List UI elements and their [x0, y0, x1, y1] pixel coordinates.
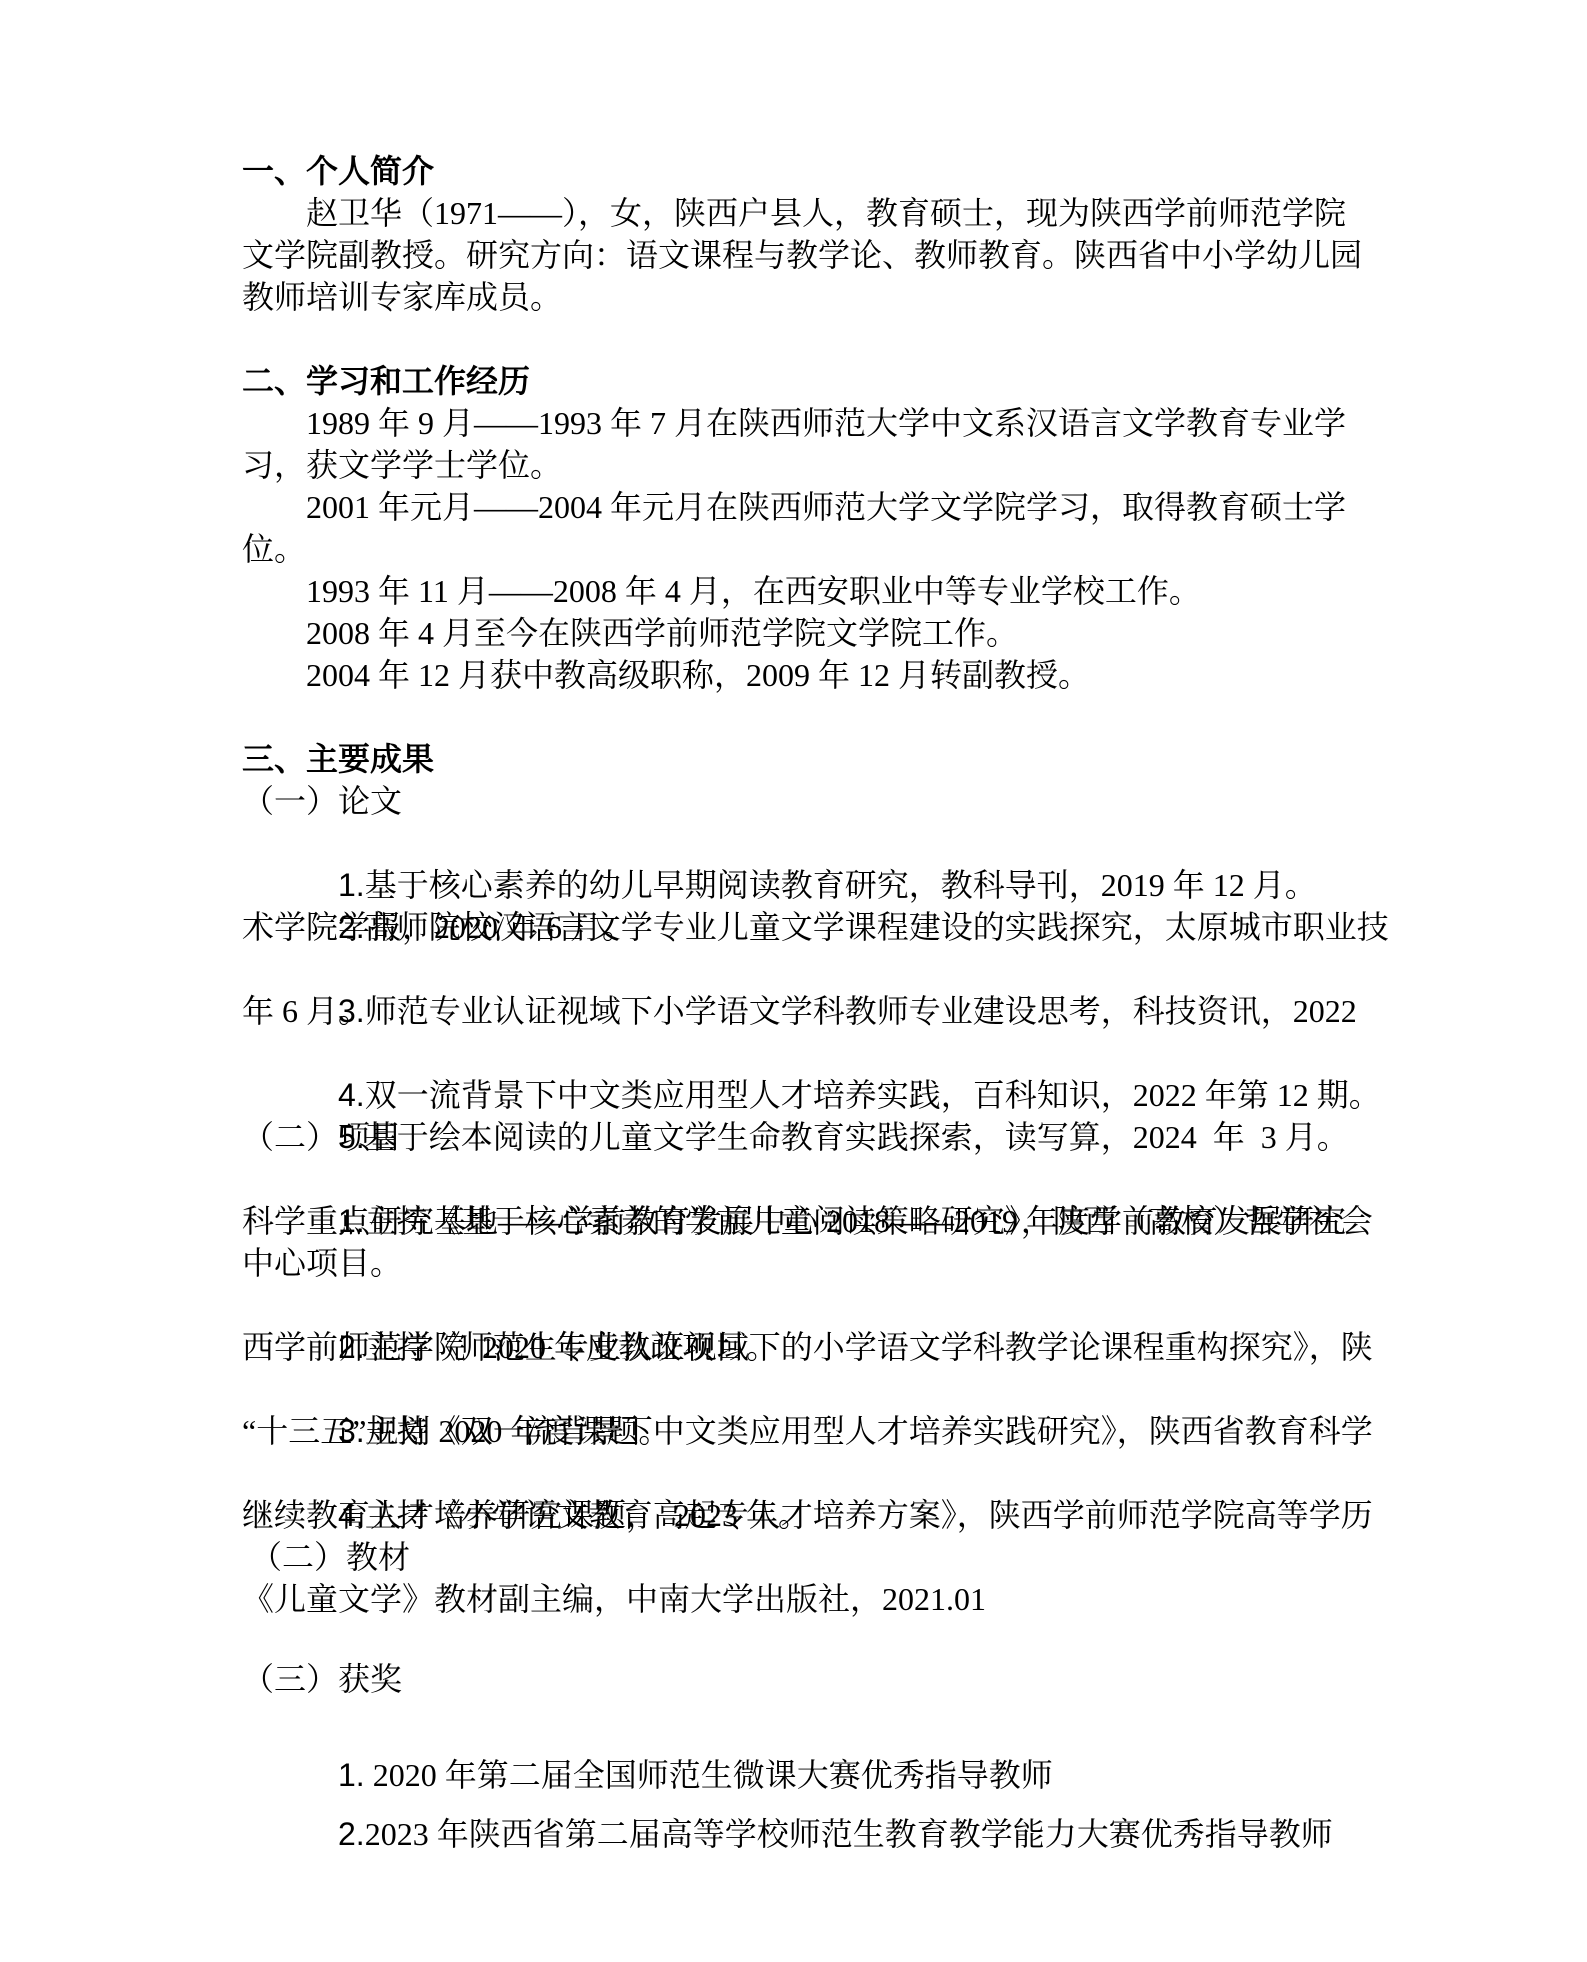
paper-item-line: 1.基于核心素养的幼儿早期阅读教育研究，教科导刊，2019 年 12 月。 — [242, 822, 1345, 864]
item-text: 2020 年第二届全国师范生微课大赛优秀指导教师 — [365, 1757, 1053, 1793]
blank-line — [242, 318, 1345, 360]
experience-line: 2008 年 4 月至今在陕西学前师范学院文学院工作。 — [242, 612, 1345, 654]
item-text: 基于绘本阅读的儿童文学生命教育实践探索，读写算，2024 年 3 月。 — [365, 1119, 1349, 1155]
item-text: 双一流背景下中文类应用型人才培养实践，百科知识，2022 年第 12 期。 — [365, 1077, 1381, 1113]
section-heading-experience: 二、学习和工作经历 — [242, 360, 1345, 402]
intro-paragraph-line: 教师培训专家库成员。 — [242, 276, 1345, 318]
project-item-line: 科学重点研究基地——学前教育发展中心 2018——2019 年度学前教育发展研究 — [242, 1200, 1345, 1242]
blank-line — [242, 696, 1345, 738]
intro-paragraph-line: 赵卫华（1971——），女，陕西户县人，教育硕士，现为陕西学前师范学院 — [242, 192, 1345, 234]
item-text: 2023 年陕西省第二届高等学校师范生教育教学能力大赛优秀指导教师 — [365, 1816, 1333, 1852]
paper-item-line: 3.师范专业认证视域下小学语文学科教师专业建设思考，科技资讯，2022 — [242, 948, 1345, 990]
item-text: 基于核心素养的幼儿早期阅读教育研究，教科导刊，2019 年 12 月。 — [365, 867, 1317, 903]
subsection-label-awards: （三）获奖 — [242, 1658, 1345, 1700]
experience-line: 1993 年 11 月——2008 年 4 月，在西安职业中等专业学校工作。 — [242, 570, 1345, 612]
subsection-label-textbook: （二）教材 — [242, 1536, 1345, 1578]
subsection-label-papers: （一）论文 — [242, 780, 1345, 822]
section-heading-achievements: 三、主要成果 — [242, 738, 1345, 780]
document-page: 一、个人简介 赵卫华（1971——），女，陕西户县人，教育硕士，现为陕西学前师范… — [0, 0, 1587, 1962]
experience-line: 2004 年 12 月获中教高级职称，2009 年 12 月转副教授。 — [242, 654, 1345, 696]
experience-line: 位。 — [242, 528, 1345, 570]
item-text: 师范专业认证视域下小学语文学科教师专业建设思考，科技资讯，2022 — [365, 993, 1357, 1029]
textbook-line: 《儿童文学》教材副主编，中南大学出版社，2021.01 — [242, 1578, 1345, 1620]
experience-line: 2001 年元月——2004 年元月在陕西师范大学文学院学习，取得教育硕士学 — [242, 486, 1345, 528]
project-item-line: 1.主持《基于核心素养的学前儿童阅读策略研究》，陕西（高校）哲学社会 — [242, 1158, 1345, 1200]
project-item-line: 4.主持《小学语文教育高起专人才培养方案》，陕西学前师范学院高等学历 — [242, 1452, 1345, 1494]
section-heading-intro: 一、个人简介 — [242, 150, 1345, 192]
project-item-line: 3.主持《双一流背景下中文类应用型人才培养实践研究》，陕西省教育科学 — [242, 1368, 1345, 1410]
project-item-line: 中心项目。 — [242, 1242, 1345, 1284]
experience-line: 1989 年 9 月——1993 年 7 月在陕西师范大学中文系汉语言文学教育专… — [242, 402, 1345, 444]
experience-line: 习，获文学学士学位。 — [242, 444, 1345, 486]
award-item-line: 1. 2020 年第二届全国师范生微课大赛优秀指导教师 — [242, 1712, 1345, 1754]
item-number: 1. — [338, 867, 365, 903]
blank-line — [242, 1620, 1345, 1658]
intro-paragraph-line: 文学院副教授。研究方向：语文课程与教学论、教师教育。陕西省中小学幼儿园 — [242, 234, 1345, 276]
project-item-line: 2.主持《师范生专业认证视域下的小学语文学科教学论课程重构探究》，陕 — [242, 1284, 1345, 1326]
paper-item-line: 4.双一流背景下中文类应用型人才培养实践，百科知识，2022 年第 12 期。 — [242, 1032, 1345, 1074]
item-number: 2. — [338, 1816, 365, 1852]
item-number: 1. — [338, 1757, 365, 1793]
item-number: 4. — [338, 1077, 365, 1113]
